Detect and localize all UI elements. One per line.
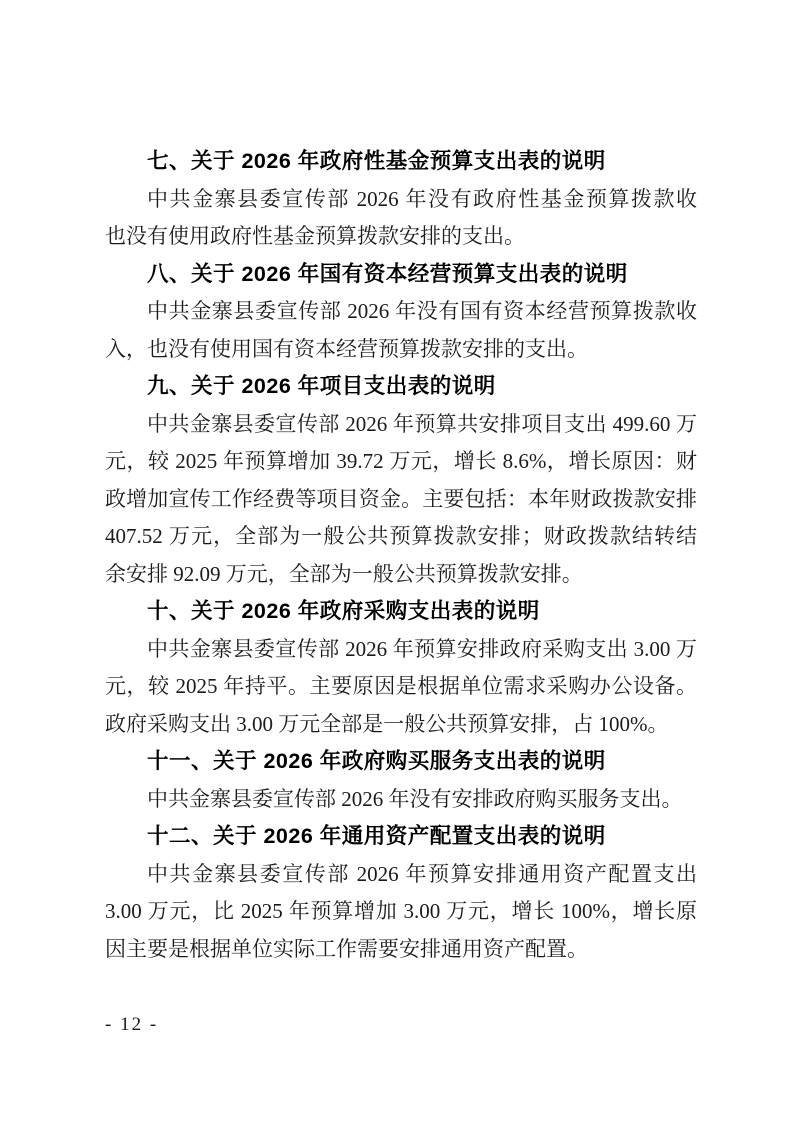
section-paragraph: 中共金寨县委宣传部 2026 年没有政府性基金预算拨款收入，也没有使用政府性基金…	[105, 181, 697, 256]
text-line: 余安排 92.09 万元，全部为一般公共预算拨款安排。	[105, 556, 697, 594]
text-line: 也没有使用政府性基金预算拨款安排的支出。	[105, 218, 697, 256]
text-line: 政府采购支出 3.00 万元全部是一般公共预算安排，占 100%。	[105, 706, 697, 744]
section-heading: 九、关于 2026 年项目支出表的说明	[105, 368, 697, 406]
text-line: 中共金寨县委宣传部 2026 年预算共安排项目支出 499.60 万	[105, 406, 697, 444]
section-heading: 八、关于 2026 年国有资本经营预算支出表的说明	[105, 256, 697, 294]
section-paragraph: 中共金寨县委宣传部 2026 年没有国有资本经营预算拨款收入，也没有使用国有资本…	[105, 293, 697, 368]
section-paragraph: 中共金寨县委宣传部 2026 年没有安排政府购买服务支出。	[105, 781, 697, 819]
text-line: 407.52 万元，全部为一般公共预算拨款安排；财政拨款结转结	[105, 518, 697, 556]
text-line: 中共金寨县委宣传部 2026 年预算安排政府采购支出 3.00 万	[105, 631, 697, 669]
budget-section: 八、关于 2026 年国有资本经营预算支出表的说明 中共金寨县委宣传部 2026…	[105, 256, 697, 369]
budget-section: 十二、关于 2026 年通用资产配置支出表的说明 中共金寨县委宣传部 2026 …	[105, 818, 697, 968]
section-heading: 十二、关于 2026 年通用资产配置支出表的说明	[105, 818, 697, 856]
budget-section: 十一、关于 2026 年政府购买服务支出表的说明 中共金寨县委宣传部 2026 …	[105, 743, 697, 818]
section-heading: 七、关于 2026 年政府性基金预算支出表的说明	[105, 143, 697, 181]
page-number: - 12 -	[105, 1014, 158, 1035]
section-paragraph: 中共金寨县委宣传部 2026 年预算安排政府采购支出 3.00 万元，较 202…	[105, 631, 697, 744]
page-footer: - 12 -	[105, 1013, 158, 1037]
section-paragraph: 中共金寨县委宣传部 2026 年预算安排通用资产配置支出3.00 万元，比 20…	[105, 856, 697, 969]
section-heading: 十、关于 2026 年政府采购支出表的说明	[105, 593, 697, 631]
document-page: 七、关于 2026 年政府性基金预算支出表的说明 中共金寨县委宣传部 2026 …	[0, 0, 793, 1122]
text-line: 元，较 2025 年持平。主要原因是根据单位需求采购办公设备。	[105, 668, 697, 706]
text-line: 中共金寨县委宣传部 2026 年没有国有资本经营预算拨款收	[105, 293, 697, 331]
text-line: 中共金寨县委宣传部 2026 年预算安排通用资产配置支出	[105, 856, 697, 894]
text-line: 3.00 万元，比 2025 年预算增加 3.00 万元，增长 100%，增长原	[105, 893, 697, 931]
text-line: 元，较 2025 年预算增加 39.72 万元，增长 8.6%，增长原因：财	[105, 443, 697, 481]
section-paragraph: 中共金寨县委宣传部 2026 年预算共安排项目支出 499.60 万元，较 20…	[105, 406, 697, 594]
text-line: 中共金寨县委宣传部 2026 年没有政府性基金预算拨款收入，	[105, 181, 697, 219]
section-heading: 十一、关于 2026 年政府购买服务支出表的说明	[105, 743, 697, 781]
text-line: 中共金寨县委宣传部 2026 年没有安排政府购买服务支出。	[105, 781, 697, 819]
document-content: 七、关于 2026 年政府性基金预算支出表的说明 中共金寨县委宣传部 2026 …	[105, 143, 697, 968]
text-line: 因主要是根据单位实际工作需要安排通用资产配置。	[105, 931, 697, 969]
budget-section: 十、关于 2026 年政府采购支出表的说明 中共金寨县委宣传部 2026 年预算…	[105, 593, 697, 743]
text-line: 政增加宣传工作经费等项目资金。主要包括：本年财政拨款安排	[105, 481, 697, 519]
budget-section: 七、关于 2026 年政府性基金预算支出表的说明 中共金寨县委宣传部 2026 …	[105, 143, 697, 256]
text-line: 入，也没有使用国有资本经营预算拨款安排的支出。	[105, 331, 697, 369]
budget-section: 九、关于 2026 年项目支出表的说明 中共金寨县委宣传部 2026 年预算共安…	[105, 368, 697, 593]
